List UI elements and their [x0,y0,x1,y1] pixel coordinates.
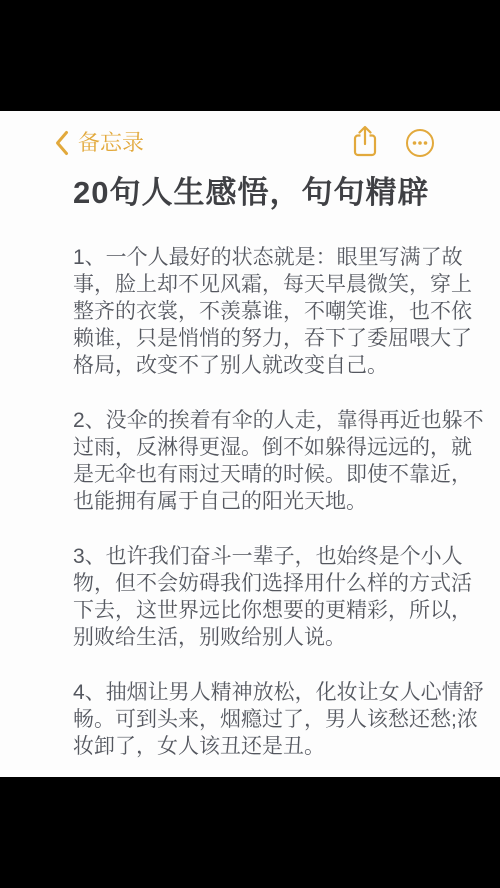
note-paragraph-1: 1、一个人最好的状态就是：眼里写满了故 事，脸上却不见风霜，每天早晨微笑，穿上 … [73,244,434,379]
text-line: 格局，改变不了别人就改变自己。 [73,352,434,379]
text-line: 下去，这世界远比你想要的更精彩，所以， [73,597,434,624]
text-line: 赖谁，只是悄悄的努力，吞下了委屈喂大了 [73,325,434,352]
ellipsis-circle-icon [405,128,435,158]
text-line: 物，但不会妨碍我们选择用什么样的方式活 [73,570,434,597]
text-line: 3、也许我们奋斗一辈子，也始终是个小人 [73,543,434,570]
bottom-letterbox [0,777,500,888]
text-line: 畅。可到头来，烟瘾过了，男人该愁还愁;浓 [73,706,434,733]
text-line: 是无伞也有雨过天晴的时候。即使不靠近， [73,461,434,488]
note-paragraph-4: 4、抽烟让男人精神放松，化妆让女人心情舒 畅。可到头来，烟瘾过了，男人该愁还愁;… [73,679,434,760]
text-line: 4、抽烟让男人精神放松，化妆让女人心情舒 [73,679,434,706]
notes-app-window: 备忘录 [0,111,500,777]
text-line: 事，脸上却不见风霜，每天早晨微笑，穿上 [73,271,434,298]
note-editor[interactable]: 20句人生感悟，句句精辟 1、一个人最好的状态就是：眼里写满了故 事，脸上却不见… [0,111,500,760]
text-line: 过雨，反淋得更湿。倒不如躲得远远的，就 [73,434,434,461]
top-letterbox [0,0,500,111]
share-icon [351,124,379,158]
more-options-button[interactable] [405,128,435,158]
back-button[interactable]: 备忘录 [55,128,144,158]
text-line: 1、一个人最好的状态就是：眼里写满了故 [73,244,434,271]
text-line: 妆卸了，女人该丑还是丑。 [73,733,434,760]
note-paragraph-3: 3、也许我们奋斗一辈子，也始终是个小人 物，但不会妨碍我们选择用什么样的方式活 … [73,543,434,651]
text-line: 也能拥有属于自己的阳光天地。 [73,488,434,515]
share-button[interactable] [351,124,379,158]
text-line: 别败给生活，别败给别人说。 [73,624,434,651]
text-line: 2、没伞的挨着有伞的人走，靠得再近也躲不 [73,407,434,434]
note-paragraph-2: 2、没伞的挨着有伞的人走，靠得再近也躲不 过雨，反淋得更湿。倒不如躲得远远的，就… [73,407,434,515]
text-line: 整齐的衣裳，不羡慕谁，不嘲笑谁，也不依 [73,298,434,325]
note-title: 20句人生感悟，句句精辟 [73,173,434,213]
phone-screenshot: 备忘录 [0,0,500,888]
back-button-label: 备忘录 [78,128,144,158]
chevron-left-icon [55,130,69,156]
